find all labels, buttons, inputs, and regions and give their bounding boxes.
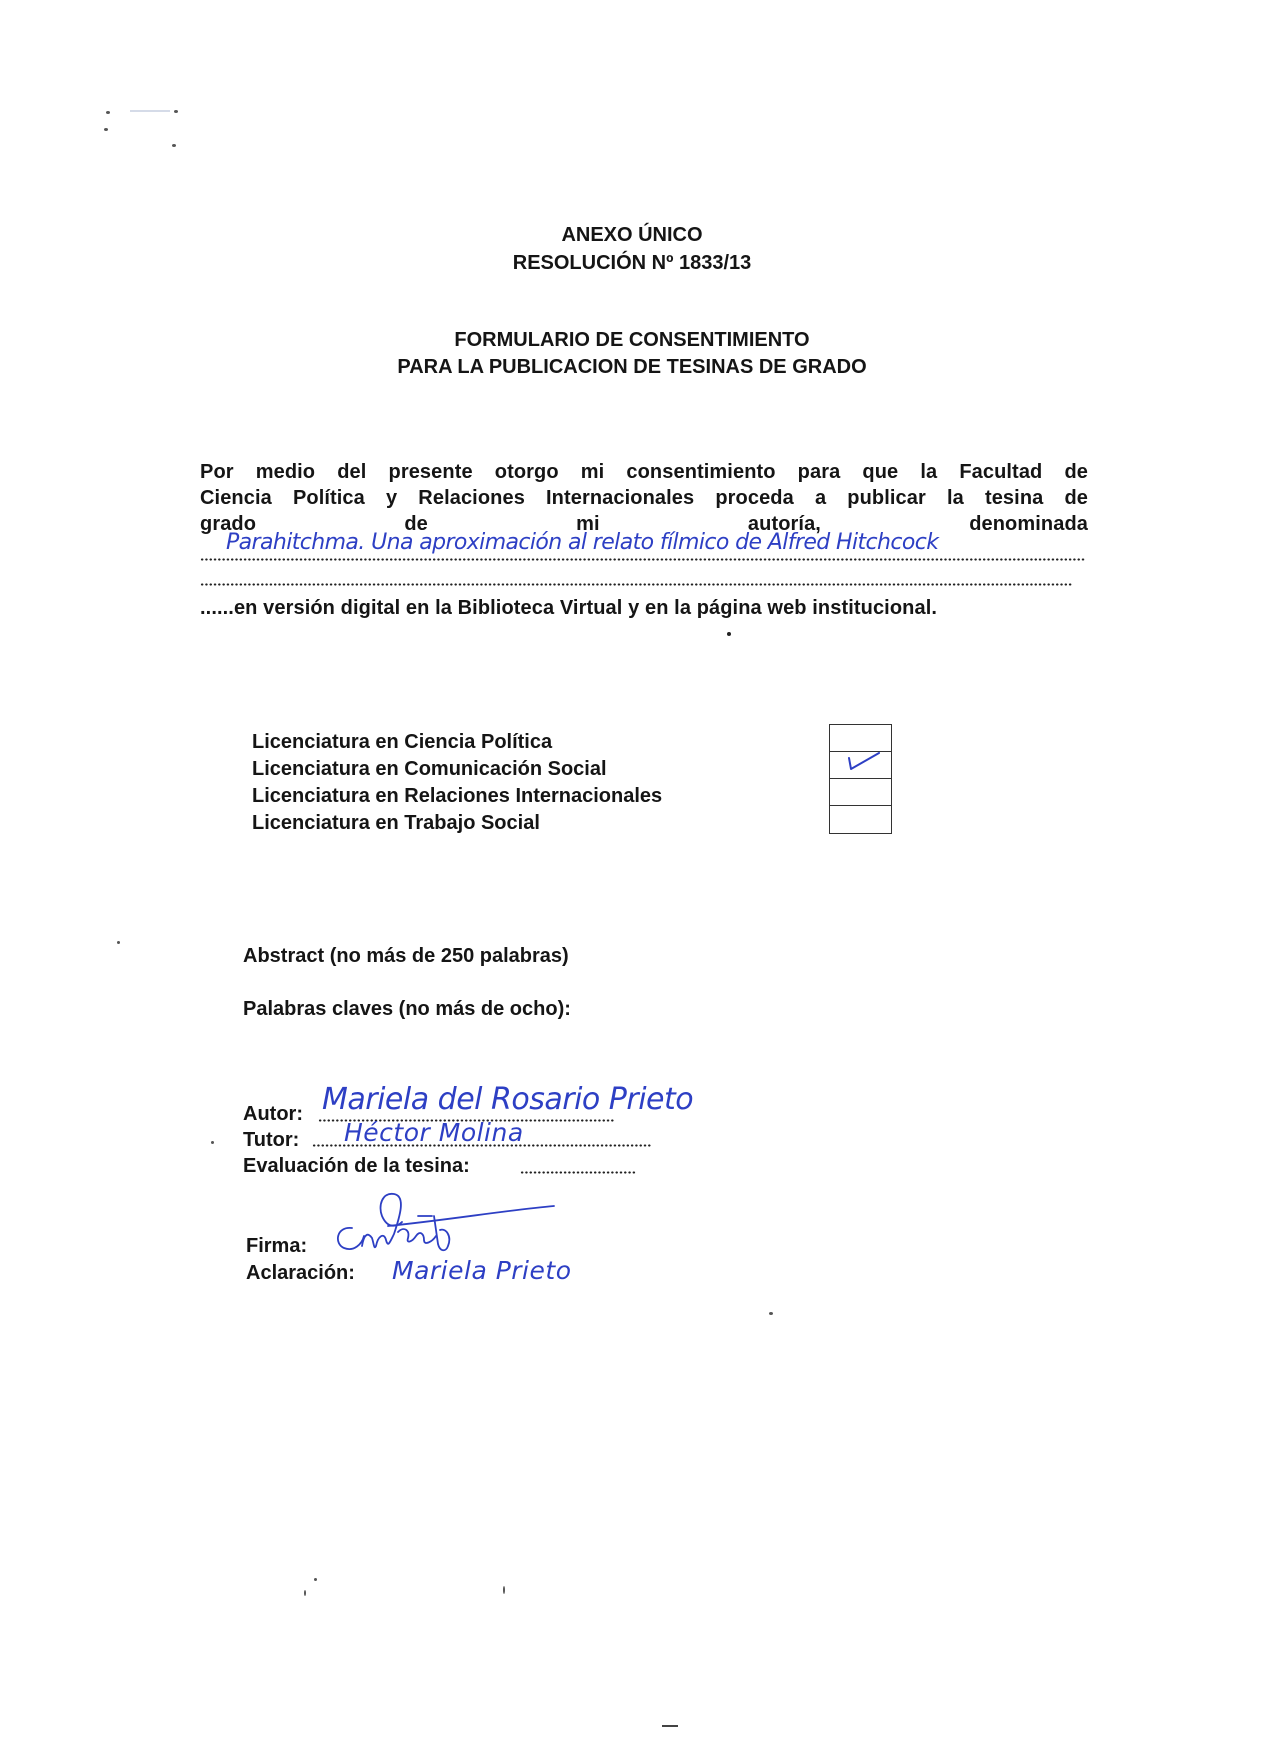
autor-label: Autor: (243, 1103, 303, 1126)
checkbox-ciencia-politica[interactable] (830, 725, 891, 752)
closing-text: en versión digital en la Biblioteca Virt… (234, 597, 937, 619)
evaluacion-field[interactable] (520, 1171, 636, 1174)
thesis-title-dotted-line-2[interactable] (200, 583, 1072, 586)
resolution-number: RESOLUCIÓN Nº 1833/13 (0, 251, 1264, 275)
scan-artifact (503, 1586, 505, 1594)
degree-option-trabajo-social: Licenciatura en Trabajo Social (252, 810, 662, 837)
checkbox-relaciones-internacionales[interactable] (830, 779, 891, 806)
degree-option-relaciones-internacionales: Licenciatura en Relaciones Internacional… (252, 783, 662, 810)
consent-line-1: Por medio del presente otorgo mi consent… (200, 460, 1088, 484)
tutor-field[interactable]: Héctor Molina (344, 1118, 524, 1147)
scan-artifact (314, 1578, 317, 1581)
scan-artifact (174, 110, 178, 113)
annex-title: ANEXO ÚNICO (0, 223, 1264, 247)
abstract-label: Abstract (no más de 250 palabras) (243, 945, 569, 968)
form-title: FORMULARIO DE CONSENTIMIENTO (0, 328, 1264, 352)
scan-artifact (769, 1312, 773, 1315)
scan-artifact (172, 144, 176, 147)
form-subtitle: PARA LA PUBLICACION DE TESINAS DE GRADO (0, 355, 1264, 379)
tutor-label: Tutor: (243, 1129, 299, 1152)
word-denominada: denominada (969, 512, 1088, 536)
scan-artifact (130, 110, 170, 112)
closing-dots: ...... (200, 597, 234, 619)
checkbox-comunicacion-social[interactable] (830, 752, 891, 779)
scan-artifact (104, 128, 108, 131)
keywords-label: Palabras claves (no más de ocho): (243, 998, 571, 1021)
scan-artifact (727, 632, 731, 636)
autor-field[interactable]: Mariela del Rosario Prieto (322, 1082, 693, 1117)
aclaracion-field[interactable]: Mariela Prieto (392, 1256, 572, 1285)
signature-image[interactable] (328, 1186, 558, 1266)
scan-artifact (304, 1590, 306, 1596)
checkmark-icon (830, 752, 890, 779)
scan-artifact (106, 111, 110, 114)
degree-option-ciencia-politica: Licenciatura en Ciencia Política (252, 729, 662, 756)
scan-artifact (211, 1141, 214, 1144)
aclaracion-label: Aclaración: (246, 1262, 355, 1285)
scan-artifact (117, 941, 120, 944)
firma-label: Firma: (246, 1235, 307, 1258)
scan-artifact (662, 1725, 678, 1727)
consent-closing: ......en versión digital en la Bibliotec… (200, 596, 937, 620)
thesis-title-dotted-line (200, 558, 1086, 561)
checkbox-trabajo-social[interactable] (830, 806, 891, 833)
degree-option-comunicacion-social: Licenciatura en Comunicación Social (252, 756, 662, 783)
evaluacion-label: Evaluación de la tesina: (243, 1155, 470, 1178)
thesis-title-input[interactable]: Parahitchma. Una aproximación al relato … (226, 530, 938, 555)
degree-checkbox-group (829, 724, 892, 834)
consent-line-2: Ciencia Política y Relaciones Internacio… (200, 486, 1088, 510)
degree-list: Licenciatura en Ciencia Política Licenci… (252, 729, 662, 837)
